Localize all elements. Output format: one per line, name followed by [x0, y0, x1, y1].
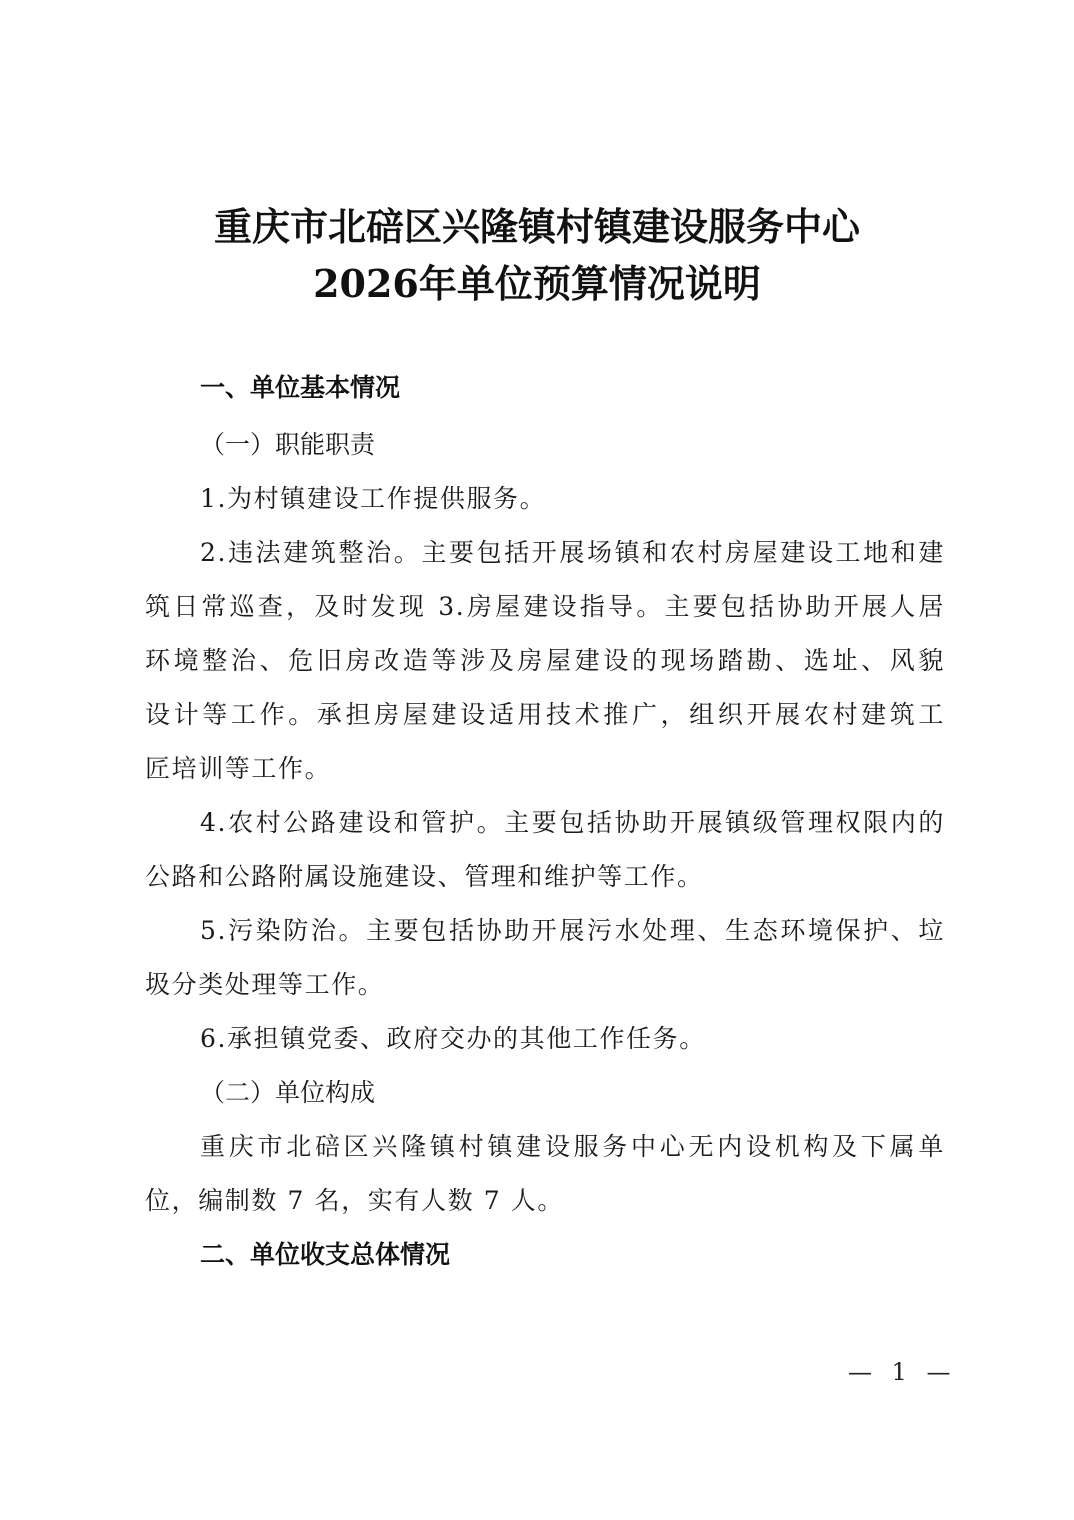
paragraph-line: 筑日常巡查，及时发现 3.房屋建设指导。主要包括协助开展人居 [145, 587, 945, 623]
page-number: — 1 — [848, 1358, 957, 1386]
paragraph-line: 匠培训等工作。 [145, 749, 331, 785]
paragraph-line: 重庆市北碚区兴隆镇村镇建设服务中心无内设机构及下属单 [200, 1127, 945, 1163]
section-heading-income-expense: 二、单位收支总体情况 [200, 1235, 450, 1271]
subsection-heading-duties: （一）职能职责 [200, 425, 375, 461]
document-page: 重庆市北碚区兴隆镇村镇建设服务中心 2026年单位预算情况说明 一、单位基本情况… [0, 0, 1074, 1520]
paragraph-line: 2.违法建筑整治。主要包括开展场镇和农村房屋建设工地和建 [200, 533, 945, 569]
paragraph-line: 6.承担镇党委、政府交办的其他工作任务。 [200, 1019, 706, 1055]
paragraph-line: 环境整治、危旧房改造等涉及房屋建设的现场踏勘、选址、风貌 [145, 641, 945, 677]
paragraph-line: 位，编制数 7 名，实有人数 7 人。 [145, 1181, 564, 1217]
document-title-line2: 2026年单位预算情况说明 [0, 253, 1074, 308]
paragraph-line: 公路和公路附属设施建设、管理和维护等工作。 [145, 857, 704, 893]
paragraph-line: 设计等工作。承担房屋建设适用技术推广，组织开展农村建筑工 [145, 695, 945, 731]
section-heading-basic-info: 一、单位基本情况 [200, 368, 400, 404]
paragraph-line: 1.为村镇建设工作提供服务。 [200, 479, 546, 515]
document-title-line1: 重庆市北碚区兴隆镇村镇建设服务中心 [0, 196, 1074, 251]
paragraph-line: 圾分类处理等工作。 [145, 965, 384, 1001]
paragraph-line: 5.污染防治。主要包括协助开展污水处理、生态环境保护、垃 [200, 911, 945, 947]
subsection-heading-composition: （二）单位构成 [200, 1073, 375, 1109]
paragraph-line: 4.农村公路建设和管护。主要包括协助开展镇级管理权限内的 [200, 803, 945, 839]
